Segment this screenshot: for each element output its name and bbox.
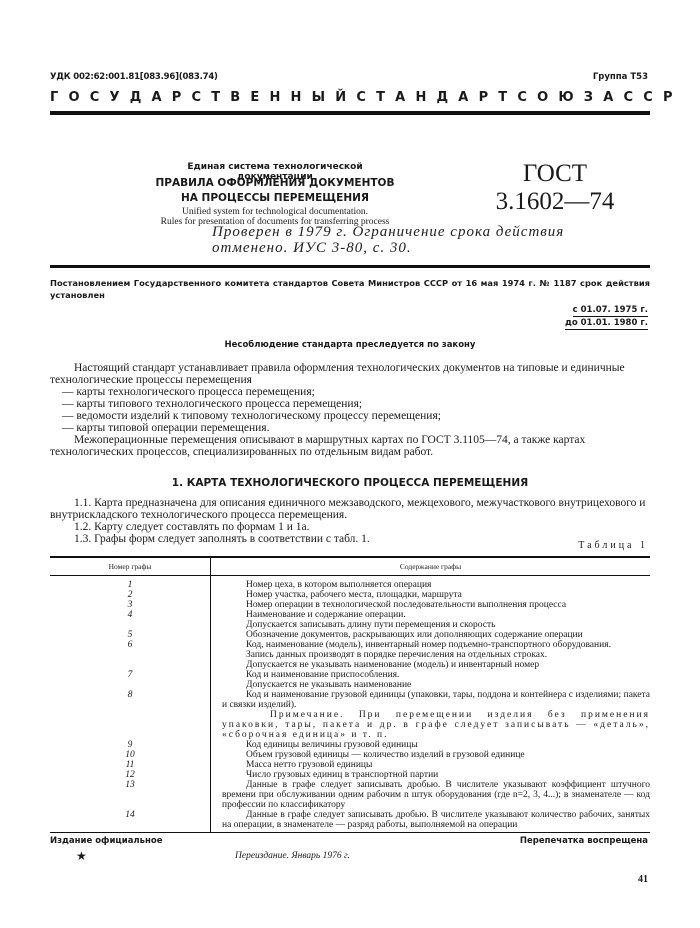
- table-row: 4Наименование и содержание операции.: [50, 610, 650, 620]
- clause-1-3: 1.3. Графы форм следует заполнять в соот…: [50, 533, 650, 545]
- intro-list-item: — карты технологического процесса переме…: [50, 386, 650, 398]
- table-row: 2Номер участка, рабочего места, площадки…: [50, 590, 650, 600]
- table-row: 12Число грузовых единиц в транспортной п…: [50, 770, 650, 780]
- banner-word: СОЮЗА: [517, 90, 623, 105]
- row-content: Объем грузовой единицы — количество изде…: [210, 750, 650, 760]
- intro-paragraph: Настоящий стандарт устанавливает правила…: [50, 362, 650, 386]
- row-content: Номер участка, рабочего места, площадки,…: [210, 590, 650, 600]
- effective-date-from: с 01.07. 1975 г.: [573, 305, 648, 317]
- row-content: Код единицы величины грузовой единицы: [210, 740, 650, 750]
- table-row: Допускается записывать длину пути переме…: [50, 620, 650, 630]
- table-row: 5Обозначение документов, раскрывающих ил…: [50, 630, 650, 640]
- gost-label: ГОСТ: [490, 160, 620, 188]
- effective-date-to: до 01.01. 1980 г.: [565, 318, 648, 330]
- law-notice: Несоблюдение стандарта преследуется по з…: [50, 340, 650, 350]
- official-edition-label: Издание официальное: [50, 836, 163, 846]
- row-content: Данные в графе следует записывать дробью…: [210, 810, 650, 830]
- row-number: 11: [50, 760, 210, 770]
- table-row: 7Код и наименование приспособления.: [50, 670, 650, 680]
- table-row: 8Код и наименование грузовой единицы (уп…: [50, 690, 650, 710]
- row-number: [50, 660, 210, 670]
- page-number: 41: [638, 874, 648, 885]
- row-content: Примечание. При перемещении изделия без …: [210, 710, 650, 740]
- section1-body: 1.1. Карта предназначена для описания ед…: [50, 497, 650, 545]
- star-icon: ★: [76, 849, 87, 864]
- row-number: 12: [50, 770, 210, 780]
- gost-number: 3.1602—74: [470, 188, 640, 216]
- intro-list-item: — ведомости изделий к типовому технологи…: [50, 410, 650, 422]
- table-row: Запись данных производят в порядке переч…: [50, 650, 650, 660]
- table-header: Номер графы Содержание графы: [50, 556, 650, 576]
- udk-code: УДК 002:62:001.81[083.96](083.74): [50, 72, 218, 82]
- header-rule: [50, 111, 650, 115]
- decree-text: Постановлением Государственного комитета…: [50, 277, 650, 301]
- table-row: Примечание. При перемещении изделия без …: [50, 710, 650, 740]
- row-number: 1: [50, 580, 210, 590]
- row-content: Допускается записывать длину пути переме…: [210, 620, 650, 630]
- row-number: 8: [50, 690, 210, 710]
- document-title-line2: НА ПРОЦЕССЫ ПЕРЕМЕЩЕНИЯ: [150, 192, 400, 204]
- intro-paragraph: Межоперационные перемещения описывают в …: [50, 434, 650, 458]
- row-content: Допускается не указывать наименование: [210, 680, 650, 690]
- row-content: Масса нетто грузовой единицы: [210, 760, 650, 770]
- column-header-content: Содержание графы: [211, 562, 650, 571]
- row-content: Число грузовых единиц в транспортной пар…: [210, 770, 650, 780]
- row-number: 9: [50, 740, 210, 750]
- table-body: 1Номер цеха, в котором выполняется опера…: [50, 576, 650, 833]
- row-number: 13: [50, 780, 210, 810]
- row-number: [50, 680, 210, 690]
- column-header-number: Номер графы: [50, 558, 211, 575]
- table-row: 13Данные в графе следует записывать дроб…: [50, 780, 650, 810]
- table-1: Номер графы Содержание графы 1Номер цеха…: [50, 556, 650, 833]
- row-number: 6: [50, 640, 210, 650]
- banner-word: ГОСУДАРСТВЕННЫЙ: [50, 90, 356, 105]
- row-content: Обозначение документов, раскрывающих или…: [210, 630, 650, 640]
- table-row: 10Объем грузовой единицы — количество из…: [50, 750, 650, 760]
- reprint-prohibited-label: Перепечатка воспрещена: [520, 836, 648, 846]
- banner-word: СТАНДАРТ: [356, 90, 517, 105]
- document-page: УДК 002:62:001.81[083.96](083.74) Группа…: [0, 0, 700, 928]
- handwritten-note-line2: отменено. ИУС 3-80, с. 30.: [212, 240, 412, 257]
- row-number: 3: [50, 600, 210, 610]
- state-standard-banner: ГОСУДАРСТВЕННЫЙ СТАНДАРТ СОЮЗА ССР: [50, 90, 650, 105]
- intro-list-item: — карты типового технологического процес…: [50, 398, 650, 410]
- row-number: 10: [50, 750, 210, 760]
- row-number: [50, 710, 210, 740]
- row-number: 14: [50, 810, 210, 830]
- row-number: 5: [50, 630, 210, 640]
- row-content: Запись данных производят в порядке переч…: [210, 650, 650, 660]
- table-row: 3Номер операции в технологической послед…: [50, 600, 650, 610]
- row-content: Код и наименование приспособления.: [210, 670, 650, 680]
- table-row: Допускается не указывать наименование: [50, 680, 650, 690]
- group-code: Группа Т53: [593, 72, 648, 82]
- row-number: 4: [50, 610, 210, 620]
- document-title-line1: ПРАВИЛА ОФОРМЛЕНИЯ ДОКУМЕНТОВ: [150, 177, 400, 189]
- row-content: Код и наименование грузовой единицы (упа…: [210, 690, 650, 710]
- table-row: 14Данные в графе следует записывать дроб…: [50, 810, 650, 830]
- row-number: 2: [50, 590, 210, 600]
- table-row: 9Код единицы величины грузовой единицы: [50, 740, 650, 750]
- table-row: Допускается не указывать наименование (м…: [50, 660, 650, 670]
- row-content: Наименование и содержание операции.: [210, 610, 650, 620]
- table-row: 11Масса нетто грузовой единицы: [50, 760, 650, 770]
- row-number: 7: [50, 670, 210, 680]
- row-number: [50, 620, 210, 630]
- row-content: Номер операции в технологической последо…: [210, 600, 650, 610]
- row-content: Допускается не указывать наименование (м…: [210, 660, 650, 670]
- row-content: Данные в графе следует записывать дробью…: [210, 780, 650, 810]
- reissue-note: Переиздание. Январь 1976 г.: [235, 851, 350, 861]
- intro-section: Настоящий стандарт устанавливает правила…: [50, 362, 650, 458]
- clause-1-1: 1.1. Карта предназначена для описания ед…: [50, 497, 650, 521]
- handwritten-note-line1: Проверен в 1979 г. Ограничение срока дей…: [212, 224, 564, 241]
- row-number: [50, 650, 210, 660]
- table-row: 1Номер цеха, в котором выполняется опера…: [50, 580, 650, 590]
- clause-1-2: 1.2. Карту следует составлять по формам …: [50, 521, 650, 533]
- title-rule: [50, 265, 650, 268]
- intro-list-item: — карты типовой операции перемещения.: [50, 422, 650, 434]
- row-content: Номер цеха, в котором выполняется операц…: [210, 580, 650, 590]
- table-caption: Таблица 1: [578, 540, 648, 551]
- table-row: 6Код, наименование (модель), инвентарный…: [50, 640, 650, 650]
- banner-word: ССР: [624, 90, 683, 105]
- row-content: Код, наименование (модель), инвентарный …: [210, 640, 650, 650]
- section-heading: 1. КАРТА ТЕХНОЛОГИЧЕСКОГО ПРОЦЕССА ПЕРЕМ…: [50, 477, 650, 489]
- english-title-line1: Unified system for technological documen…: [140, 207, 410, 217]
